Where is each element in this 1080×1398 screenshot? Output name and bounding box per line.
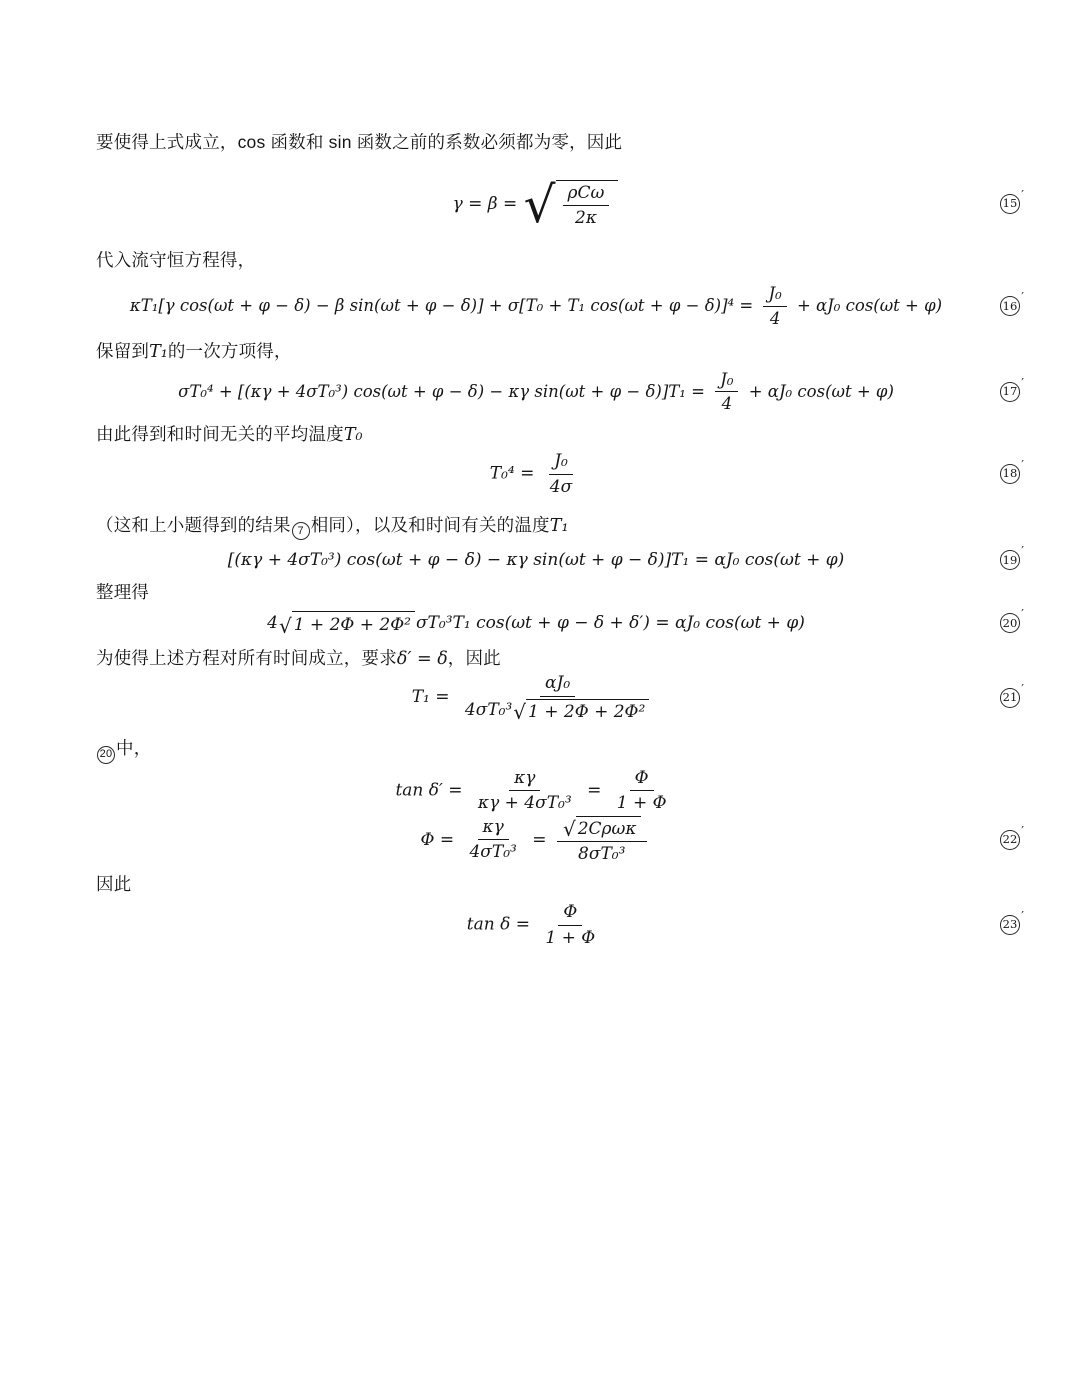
fraction-denominator: 2κ — [570, 206, 602, 228]
fraction-numerator: J₀ — [549, 451, 573, 474]
fraction-denominator: 4 — [765, 307, 786, 329]
radical: √1 + 2Φ + 2Φ² — [513, 699, 649, 722]
radical-sign-icon: √ — [563, 816, 576, 839]
circled-number: 19 — [1000, 550, 1021, 570]
radicand: 2Cρωκ — [576, 816, 641, 839]
equation-segment: + αJ₀ cos(ωt + φ) — [749, 381, 894, 400]
fraction-numerator: ρCω — [563, 183, 610, 206]
equation-21: T₁ = αJ₀ 4σT₀³√1 + 2Φ + 2Φ² 21 ′ — [96, 673, 1024, 722]
paragraph-text: 要使得上式成立，cos 函数和 sin 函数之前的系数必须都为零，因此 — [96, 132, 622, 152]
circled-number: 20 — [1000, 613, 1021, 633]
paragraph-rearrange: 整理得 — [96, 580, 1024, 604]
prime-mark: ′ — [1021, 376, 1024, 390]
circled-number-inline: 7 — [292, 522, 310, 540]
paragraph-require-delta: 为使得上述方程对所有时间成立，要求δ′ = δ，因此 — [96, 646, 1024, 671]
fraction: αJ₀ 4σT₀³√1 + 2Φ + 2Φ² — [460, 673, 655, 722]
fraction: Φ 1 + Φ — [540, 902, 600, 948]
equation-tag: 16 ′ — [976, 296, 1024, 316]
fraction-numerator: J₀ — [763, 284, 786, 307]
paragraph-text: 相同），以及和时间有关的温度 — [311, 515, 550, 535]
inline-math: T₁ — [550, 516, 569, 536]
equation-tag: 15 ′ — [976, 194, 1024, 214]
fraction-numerator: αJ₀ — [540, 673, 575, 696]
circled-number: 21 — [1000, 688, 1021, 708]
fraction: J₀ 4 — [763, 284, 786, 329]
fraction-denominator: 8σT₀³ — [573, 842, 630, 864]
fraction: κγ 4σT₀³ — [464, 817, 521, 863]
fraction-numerator: Φ — [558, 902, 582, 925]
paragraph-text: 中， — [116, 738, 151, 758]
fraction-denominator: 4 — [717, 392, 738, 414]
equation-segment: σT₀⁴ + [(κγ + 4σT₀³) cos(ωt + φ − δ) − κ… — [178, 381, 705, 400]
paragraph-intro: 要使得上式成立，cos 函数和 sin 函数之前的系数必须都为零，因此 — [96, 130, 1024, 154]
paragraph-text: 由此得到和时间无关的平均温度 — [96, 424, 344, 444]
prime-mark: ′ — [1021, 909, 1024, 923]
fraction-denominator: 4σT₀³ — [464, 840, 521, 862]
radicand: 1 + 2Φ + 2Φ² — [292, 611, 415, 636]
radical: √ ρCω 2κ — [524, 180, 619, 229]
radical: √1 + 2Φ + 2Φ² — [279, 611, 415, 636]
paragraph-text: 因此 — [96, 874, 131, 894]
fraction: κγ κγ + 4σT₀³ — [473, 768, 577, 814]
radical-sign-icon: √ — [279, 611, 292, 636]
fraction-numerator: J₀ — [715, 370, 738, 393]
equation-lhs: γ = β = — [453, 194, 518, 214]
equation-tag: 20 ′ — [976, 613, 1024, 633]
prime-mark: ′ — [1021, 544, 1024, 558]
equation-22-body: Φ = κγ 4σT₀³ = √2Cρωκ 8σT₀³ — [96, 816, 976, 865]
equation-15-body: γ = β = √ ρCω 2κ — [96, 180, 976, 229]
equation-15: γ = β = √ ρCω 2κ 15 ′ — [96, 168, 1024, 240]
equation-tag: 21 ′ — [976, 688, 1024, 708]
paragraph-keep-linear: 保留到T₁的一次方项得， — [96, 339, 1024, 364]
fraction: Φ 1 + Φ — [612, 768, 672, 814]
equation-23: tan δ = Φ 1 + Φ 23 ′ — [96, 902, 1024, 948]
fraction: J₀ 4 — [715, 370, 738, 415]
equation-segment: [(κγ + 4σT₀³) cos(ωt + φ − δ) − κγ sin(ω… — [228, 550, 845, 570]
equation-20-body: 4√1 + 2Φ + 2Φ²σT₀³T₁ cos(ωt + φ − δ + δ′… — [96, 611, 976, 636]
equation-lhs: T₁ = — [412, 687, 450, 707]
prime-mark: ′ — [1021, 607, 1024, 621]
equation-lhs: tan δ′ = — [395, 780, 462, 800]
equation-18: T₀⁴ = J₀ 4σ 18 ′ — [96, 451, 1024, 497]
paragraph-text: 的一次方项得， — [168, 341, 292, 361]
equation-tan-delta-prime: tan δ′ = κγ κγ + 4σT₀³ = Φ 1 + Φ — [96, 768, 1024, 814]
equation-tag: 17 ′ — [976, 382, 1024, 402]
prime-mark: ′ — [1021, 290, 1024, 304]
equation-17: σT₀⁴ + [(κγ + 4σT₀³) cos(ωt + φ − δ) − κ… — [96, 370, 1024, 415]
paragraph-text: 代入流守恒方程得， — [96, 250, 255, 270]
equation-tag: 18 ′ — [976, 464, 1024, 484]
equation-21-body: T₁ = αJ₀ 4σT₀³√1 + 2Φ + 2Φ² — [96, 673, 976, 722]
equation-segment: + αJ₀ cos(ωt + φ) — [797, 296, 942, 315]
equation-23-body: tan δ = Φ 1 + Φ — [96, 902, 976, 948]
fraction-numerator: √2Cρωκ — [557, 816, 647, 842]
equation-tag: 23 ′ — [976, 915, 1024, 935]
equation-tag: 22 ′ — [976, 830, 1024, 850]
equation-tan-delta-prime-body: tan δ′ = κγ κγ + 4σT₀³ = Φ 1 + Φ — [96, 768, 976, 814]
inline-math: δ′ = δ — [397, 649, 448, 669]
equation-segment: σT₀³T₁ cos(ωt + φ − δ + δ′) = αJ₀ cos(ωt… — [416, 613, 805, 633]
equation-lhs: T₀⁴ = — [490, 464, 535, 484]
equation-17-body: σT₀⁴ + [(κγ + 4σT₀³) cos(ωt + φ − δ) − κ… — [96, 370, 976, 415]
radical: √2Cρωκ — [563, 816, 641, 839]
equation-segment: κT₁[γ cos(ωt + φ − δ) − β sin(ωt + φ − δ… — [130, 296, 753, 315]
circled-number: 15 — [1000, 194, 1021, 214]
equals-sign: = — [532, 829, 546, 849]
fraction: ρCω 2κ — [563, 183, 610, 229]
paragraph-mean-temperature: 由此得到和时间无关的平均温度T₀ — [96, 422, 1024, 447]
prime-mark: ′ — [1021, 682, 1024, 696]
fraction-denominator: κγ + 4σT₀³ — [473, 791, 577, 813]
inline-math: T₀ — [344, 425, 363, 445]
circled-number: 18 — [1000, 464, 1021, 484]
equation-segment: 4σT₀³ — [465, 700, 512, 720]
circled-number: 17 — [1000, 382, 1021, 402]
fraction-denominator: 1 + Φ — [612, 791, 672, 813]
circled-number: 23 — [1000, 915, 1021, 935]
paragraph-substitute: 代入流守恒方程得， — [96, 248, 1024, 272]
circled-number-inline: 20 — [97, 746, 115, 764]
prime-mark: ′ — [1021, 188, 1024, 202]
paragraph-therefore: 因此 — [96, 872, 1024, 896]
fraction-denominator: 1 + Φ — [540, 926, 600, 948]
fraction-numerator: κγ — [509, 768, 540, 791]
equation-19: [(κγ + 4σT₀³) cos(ωt + φ − δ) − κγ sin(ω… — [96, 546, 1024, 574]
fraction-denominator: 4σ — [545, 475, 577, 497]
equation-lhs: Φ = — [420, 829, 454, 849]
prime-mark: ′ — [1021, 824, 1024, 838]
fraction-denominator: 4σT₀³√1 + 2Φ + 2Φ² — [460, 697, 655, 722]
radical-sign-icon: √ — [524, 180, 556, 229]
equation-16-body: κT₁[γ cos(ωt + φ − δ) − β sin(ωt + φ − δ… — [96, 284, 976, 329]
radicand: 1 + 2Φ + 2Φ² — [526, 699, 649, 722]
fraction-numerator: κγ — [478, 817, 509, 840]
equation-segment: 4 — [267, 613, 278, 633]
inline-math: T₁ — [149, 342, 168, 362]
radical-sign-icon: √ — [513, 699, 526, 722]
fraction: √2Cρωκ 8σT₀³ — [557, 816, 647, 865]
prime-mark: ′ — [1021, 458, 1024, 472]
circled-number: 22 — [1000, 830, 1021, 850]
paragraph-text: ，因此 — [448, 648, 501, 668]
paragraph-text: 保留到 — [96, 341, 149, 361]
document-page: 要使得上式成立，cos 函数和 sin 函数之前的系数必须都为零，因此 γ = … — [0, 0, 1080, 1398]
equals-sign: = — [587, 780, 601, 800]
fraction-numerator: Φ — [630, 768, 654, 791]
circled-number: 16 — [1000, 296, 1021, 316]
equation-18-body: T₀⁴ = J₀ 4σ — [96, 451, 976, 497]
paragraph-text: 整理得 — [96, 582, 149, 602]
equation-lhs: tan δ = — [467, 915, 530, 935]
equation-tag: 19 ′ — [976, 550, 1024, 570]
equation-16: κT₁[γ cos(ωt + φ − δ) − β sin(ωt + φ − δ… — [96, 284, 1024, 329]
equation-22: Φ = κγ 4σT₀³ = √2Cρωκ 8σT₀³ 22 ′ — [96, 816, 1024, 865]
paragraph-text: （这和上小题得到的结果 — [96, 515, 291, 535]
paragraph-text: 为使得上述方程对所有时间成立，要求 — [96, 648, 397, 668]
paragraph-in-eq20: 20中， — [96, 736, 1024, 764]
paragraph-same-result: （这和上小题得到的结果7相同），以及和时间有关的温度T₁ — [96, 513, 1024, 541]
fraction: J₀ 4σ — [545, 451, 577, 497]
equation-19-body: [(κγ + 4σT₀³) cos(ωt + φ − δ) − κγ sin(ω… — [96, 549, 976, 571]
equation-20: 4√1 + 2Φ + 2Φ²σT₀³T₁ cos(ωt + φ − δ + δ′… — [96, 604, 1024, 642]
